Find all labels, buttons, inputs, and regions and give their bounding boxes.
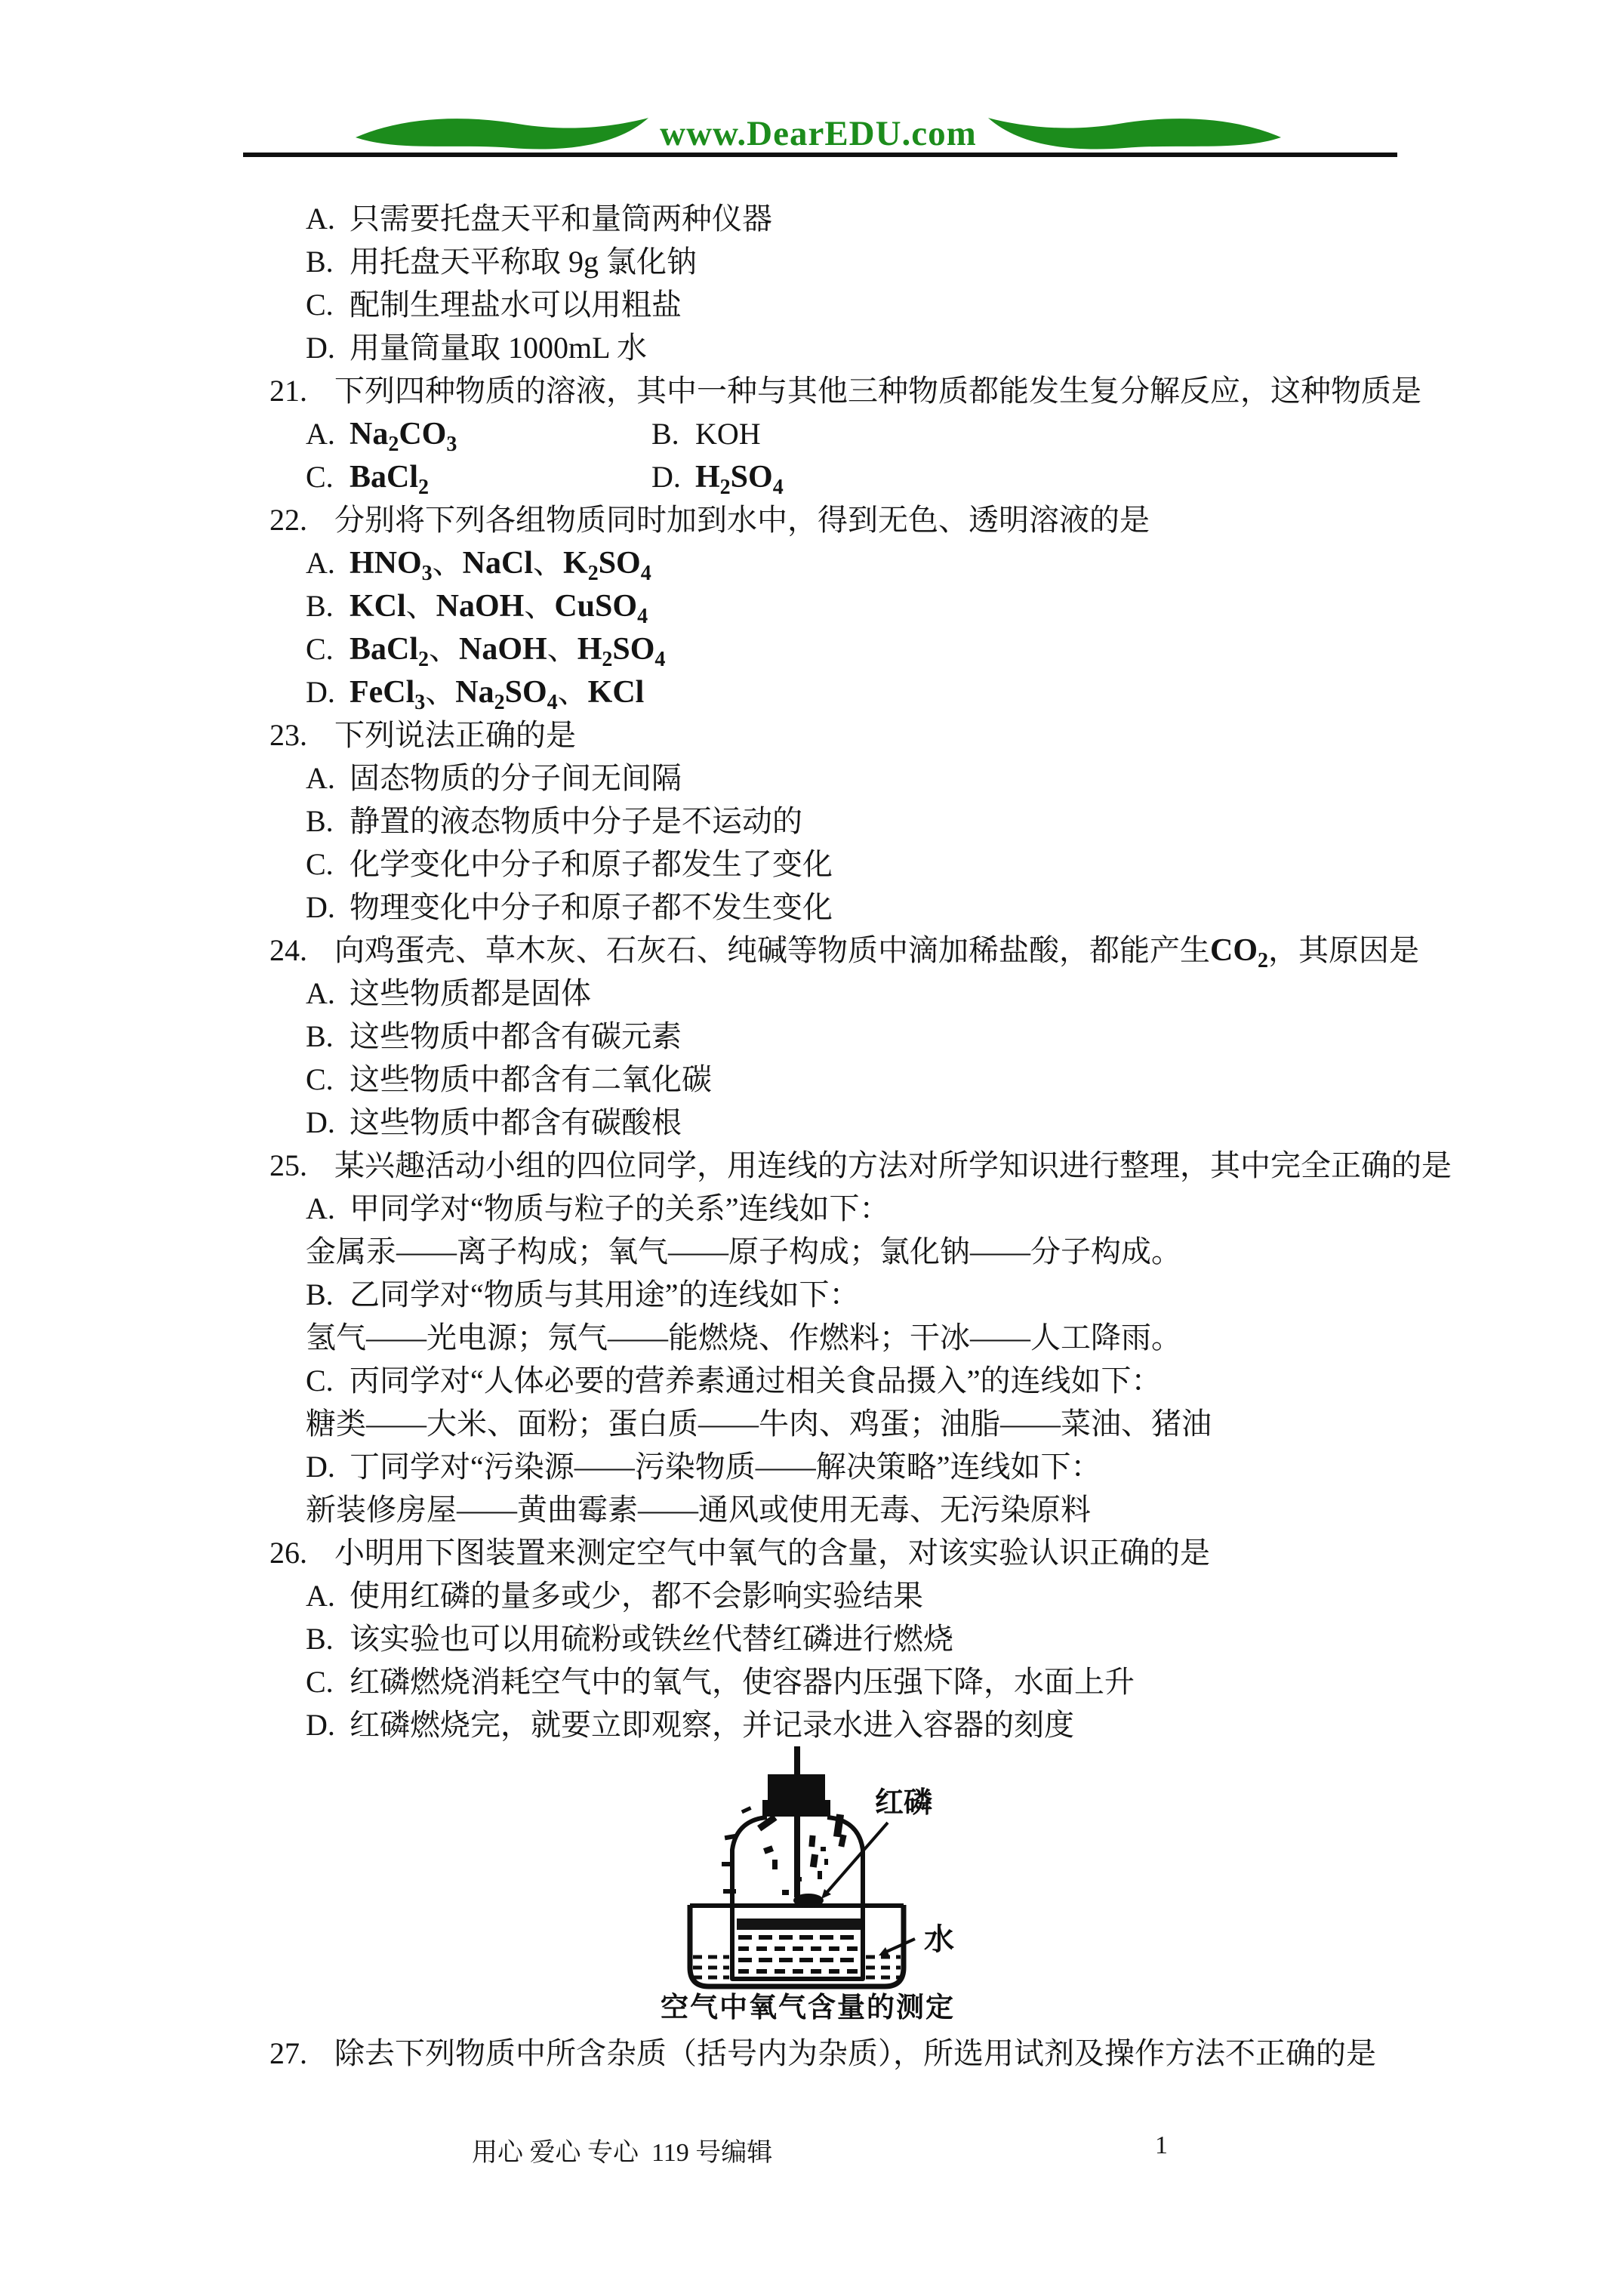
option-line: B.这些物质中都含有碳元素 (0, 1015, 1623, 1058)
option-line: D.FeCl3、Na2SO4、KCl (0, 670, 1623, 713)
red-phosphorus-icon (793, 1894, 824, 1907)
formula-segment: SO (731, 460, 773, 495)
text-segment: 化学变化中分子和原子都发生了变化 (350, 847, 833, 881)
item-label: B. (306, 1617, 350, 1660)
water-label: 水 (924, 1922, 954, 1956)
formula-segment: 4 (654, 648, 665, 671)
option-line: C.红磷燃烧消耗空气中的氧气，使容器内压强下降，水面上升 (0, 1660, 1623, 1703)
text-segment: KOH (695, 417, 761, 451)
item-label: B. (306, 1015, 350, 1058)
item-label: 23. (269, 713, 334, 757)
text-segment: 乙同学对“物质与其用途”的连线如下： (350, 1277, 860, 1311)
formula-segment: NaOH (459, 632, 547, 667)
question-line-22: 22.分别将下列各组物质同时加到水中，得到无色、透明溶液的是 (0, 498, 1623, 541)
formula-segment: 2 (602, 648, 612, 671)
item-label: D. (651, 455, 695, 498)
phosphorus-label: 红磷 (875, 1787, 932, 1819)
text-segment: 除去下列物质中所含杂质（括号内为杂质），所选用试剂及操作方法不正确的是 (334, 2036, 1376, 2070)
question-line-23: 23.下列说法正确的是 (0, 713, 1623, 757)
option-line: A.固态物质的分子间无间隔 (0, 757, 1623, 800)
item-label: D. (306, 1101, 350, 1144)
item-label: 27. (269, 2032, 334, 2075)
formula-segment: 4 (773, 476, 784, 499)
question-list-after-diagram: 27.除去下列物质中所含杂质（括号内为杂质），所选用试剂及操作方法不正确的是 (0, 2032, 1623, 2075)
text-segment: 该实验也可以用硫粉或铁丝代替红磷进行燃烧 (350, 1622, 953, 1656)
option-line: C.这些物质中都含有二氧化碳 (0, 1058, 1623, 1101)
item-label: 25. (269, 1144, 334, 1187)
formula-segment: 2 (588, 562, 599, 585)
formula-segment: Na (350, 417, 388, 451)
option-line: A.HNO3、NaCl、K2SO4 (0, 541, 1623, 584)
page-number: 1 (1155, 2131, 1168, 2160)
logo-swoosh-left-icon (352, 114, 652, 153)
question-line-21: 21.下列四种物质的溶液，其中一种与其他三种物质都能发生复分解反应，这种物质是 (0, 369, 1623, 412)
text-segment: 氢气——光电源；氖气——能燃烧、作燃料；干冰——人工降雨。 (306, 1321, 1181, 1354)
formula-segment: 3 (446, 433, 457, 456)
question-line-27: 27.除去下列物质中所含杂质（括号内为杂质），所选用试剂及操作方法不正确的是 (0, 2032, 1623, 2075)
formula-segment: 4 (637, 605, 648, 628)
text-segment: 这些物质中都含有二氧化碳 (350, 1062, 712, 1096)
water-in-trough (693, 1957, 901, 1977)
item-label: 22. (269, 498, 334, 541)
formula-segment: BaCl (350, 632, 418, 667)
text-segment: 物理变化中分子和原子都不发生变化 (350, 890, 833, 924)
item-label: D. (306, 886, 350, 929)
item-label: C. (306, 283, 350, 326)
option-line: D.物理变化中分子和原子都不发生变化 (0, 886, 1623, 929)
formula-segment: H (577, 632, 602, 667)
option-line: B.静置的液态物质中分子是不运动的 (0, 800, 1623, 843)
item-label: D. (306, 1703, 350, 1746)
continuation-line: 糖类——大米、面粉；蛋白质——牛肉、鸡蛋；油脂——菜油、猪油 (0, 1402, 1623, 1445)
option-line: B.用托盘天平称取 9g 氯化钠 (0, 240, 1623, 283)
continuation-line: 氢气——光电源；氖气——能燃烧、作燃料；干冰——人工降雨。 (0, 1316, 1623, 1359)
option-line: C.丙同学对“人体必要的营养素通过相关食品摄入”的连线如下： (0, 1359, 1623, 1402)
item-label: 26. (269, 1531, 334, 1574)
ignition-wire-icon (794, 1746, 800, 1897)
item-label: A. (306, 1574, 350, 1617)
option-line: C.配制生理盐水可以用粗盐 (0, 283, 1623, 326)
logo-text: www.DearEDU.com (660, 113, 977, 154)
text-segment: 某兴趣活动小组的四位同学，用连线的方法对所学知识进行整理，其中完全正确的是 (334, 1148, 1452, 1182)
item-label: D. (306, 670, 350, 713)
item-label: C. (306, 1660, 350, 1703)
text-segment: 这些物质中都含有碳元素 (350, 1019, 682, 1053)
formula-segment: HNO (350, 546, 422, 581)
formula-segment: NaCl (463, 546, 533, 581)
item-label: C. (306, 1058, 350, 1101)
formula-segment: 2 (388, 433, 399, 456)
text-segment: 静置的液态物质中分子是不运动的 (350, 804, 802, 838)
text-segment: 用量筒量取 1000mL 水 (350, 331, 647, 365)
text-segment: 分别将下列各组物质同时加到水中，得到无色、透明溶液的是 (334, 503, 1150, 537)
formula-segment: CO (1210, 933, 1258, 968)
text-segment: 、 (429, 632, 459, 666)
question-line-24: 24.向鸡蛋壳、草木灰、石灰石、纯碱等物质中滴加稀盐酸，都能产生CO2，其原因是 (0, 929, 1623, 972)
text-segment: 、 (533, 546, 563, 580)
option-line: C.化学变化中分子和原子都发生了变化 (0, 843, 1623, 886)
question-list: A.只需要托盘天平和量筒两种仪器B.用托盘天平称取 9g 氯化钠C.配制生理盐水… (0, 197, 1623, 1746)
option-line: B.乙同学对“物质与其用途”的连线如下： (0, 1273, 1623, 1316)
footer-note: 用心 爱心 专心 119 号编辑 (472, 2131, 772, 2168)
text-segment: 、 (524, 589, 554, 623)
formula-segment: 4 (547, 691, 558, 714)
item-label: A. (306, 541, 350, 584)
option-line: A.使用红磷的量多或少，都不会影响实验结果 (0, 1574, 1623, 1617)
text-segment: 用托盘天平称取 9g 氯化钠 (350, 245, 697, 279)
formula-segment: SO (599, 546, 641, 581)
option-line: A.这些物质都是固体 (0, 972, 1623, 1015)
item-label: A. (306, 197, 350, 240)
text-segment: 向鸡蛋壳、草木灰、石灰石、纯碱等物质中滴加稀盐酸，都能产生 (334, 933, 1210, 967)
item-label: C. (306, 627, 350, 670)
formula-segment: 3 (414, 691, 425, 714)
text-segment: 只需要托盘天平和量筒两种仪器 (350, 202, 772, 236)
formula-segment: NaOH (436, 589, 525, 624)
formula-segment: 2 (1258, 949, 1268, 972)
item-label: C. (306, 1359, 350, 1402)
formula-segment: SO (505, 675, 547, 710)
exam-page: { "page": {"width": 2150, "height": 3041… (0, 0, 1623, 2296)
text-segment: 下列四种物质的溶液，其中一种与其他三种物质都能发生复分解反应，这种物质是 (334, 374, 1421, 408)
experiment-diagram: 红磷 水 空气中氧气含量的测定 (649, 1737, 966, 2031)
formula-segment: 2 (418, 648, 429, 671)
text-segment: 、 (547, 632, 577, 666)
header-divider (243, 153, 1397, 157)
formula-segment: CuSO (554, 589, 637, 624)
text-segment: 使用红磷的量多或少，都不会影响实验结果 (350, 1579, 923, 1613)
text-segment: 金属汞——离子构成；氧气——原子构成；氯化钠——分子构成。 (306, 1234, 1181, 1268)
text-segment: 这些物质中都含有碳酸根 (350, 1105, 682, 1139)
text-segment: 、 (425, 675, 455, 709)
option-line: C.BaCl2D.H2SO4 (0, 455, 1623, 498)
formula-segment: K (563, 546, 588, 581)
bottle-cap-icon (762, 1774, 830, 1817)
text-segment: 下列说法正确的是 (334, 718, 576, 752)
item-label: D. (306, 1445, 350, 1488)
item-label: B. (306, 240, 350, 283)
continuation-line: 新装修房屋——黄曲霉素——通风或使用无毒、无污染原料 (0, 1488, 1623, 1531)
option-line: A.Na2CO3B.KOH (0, 412, 1623, 455)
formula-segment: KCl (350, 589, 406, 624)
water-arrow-icon (879, 1939, 915, 1955)
text-segment: 红磷燃烧消耗空气中的氧气，使容器内压强下降，水面上升 (350, 1665, 1135, 1699)
text-segment: 小明用下图装置来测定空气中氧气的含量，对该实验认识正确的是 (334, 1536, 1210, 1570)
option-line: D.丁同学对“污染源——污染物质——解决策略”连线如下： (0, 1445, 1623, 1488)
formula-segment: CO (399, 417, 446, 451)
question-line-25: 25.某兴趣活动小组的四位同学，用连线的方法对所学知识进行整理，其中完全正确的是 (0, 1144, 1623, 1187)
option-line: D.用量筒量取 1000mL 水 (0, 326, 1623, 369)
item-label: B. (306, 800, 350, 843)
item-label: B. (306, 584, 350, 627)
formula-segment: 4 (641, 562, 651, 585)
item-label: A. (306, 412, 350, 455)
option-cell: B.KOH (651, 412, 761, 455)
formula-segment: 2 (720, 476, 731, 499)
text-segment: 新装修房屋——黄曲霉素——通风或使用无毒、无污染原料 (306, 1493, 1091, 1527)
formula-segment: SO (612, 632, 654, 667)
formula-segment: 2 (494, 691, 505, 714)
text-segment: 、 (406, 589, 436, 623)
item-label: B. (651, 412, 695, 455)
water-inside-bottle (737, 1918, 861, 1971)
item-label: B. (306, 1273, 350, 1316)
formula-segment: BaCl (350, 460, 418, 495)
continuation-line: 金属汞——离子构成；氧气——原子构成；氯化钠——分子构成。 (0, 1230, 1623, 1273)
item-label: C. (306, 843, 350, 886)
formula-segment: 2 (418, 476, 429, 499)
option-line: B.该实验也可以用硫粉或铁丝代替红磷进行燃烧 (0, 1617, 1623, 1660)
text-segment: 、 (558, 675, 588, 709)
text-segment: 配制生理盐水可以用粗盐 (350, 288, 682, 322)
formula-segment: H (695, 460, 720, 495)
item-label: A. (306, 972, 350, 1015)
option-line: D.这些物质中都含有碳酸根 (0, 1101, 1623, 1144)
option-line: C.BaCl2、NaOH、H2SO4 (0, 627, 1623, 670)
option-line: A.只需要托盘天平和量筒两种仪器 (0, 197, 1623, 240)
formula-segment: KCl (588, 675, 645, 710)
formula-segment: 3 (422, 562, 433, 585)
option-line: B.KCl、NaOH、CuSO4 (0, 584, 1623, 627)
dearedu-logo: www.DearEDU.com (293, 113, 1344, 154)
item-label: A. (306, 1187, 350, 1230)
formula-segment: Na (455, 675, 494, 710)
text-segment: 丁同学对“污染源——污染物质——解决策略”连线如下： (350, 1450, 1101, 1484)
item-label: D. (306, 326, 350, 369)
logo-swoosh-right-icon (984, 114, 1285, 153)
option-line: A.甲同学对“物质与粒子的关系”连线如下： (0, 1187, 1623, 1230)
phosphorus-arrow-icon (821, 1823, 888, 1899)
text-segment: 丙同学对“人体必要的营养素通过相关食品摄入”的连线如下： (350, 1364, 1162, 1398)
text-segment: ，其原因是 (1268, 933, 1419, 967)
text-segment: 固态物质的分子间无间隔 (350, 761, 682, 795)
text-segment: 这些物质都是固体 (350, 976, 591, 1010)
diagram-caption: 空气中氧气含量的测定 (661, 1992, 955, 2023)
formula-segment: FeCl (350, 675, 414, 710)
item-label: 21. (269, 369, 334, 412)
text-segment: 、 (433, 546, 463, 580)
text-segment: 甲同学对“物质与粒子的关系”连线如下： (350, 1191, 890, 1225)
water-trough-icon (690, 1905, 904, 1986)
text-segment: 糖类——大米、面粉；蛋白质——牛肉、鸡蛋；油脂——菜油、猪油 (306, 1407, 1212, 1441)
item-label: 24. (269, 929, 334, 972)
item-label: C. (306, 455, 350, 498)
item-label: A. (306, 757, 350, 800)
question-line-26: 26.小明用下图装置来测定空气中氧气的含量，对该实验认识正确的是 (0, 1531, 1623, 1574)
bottle-graduation-ticks (722, 1806, 752, 1894)
